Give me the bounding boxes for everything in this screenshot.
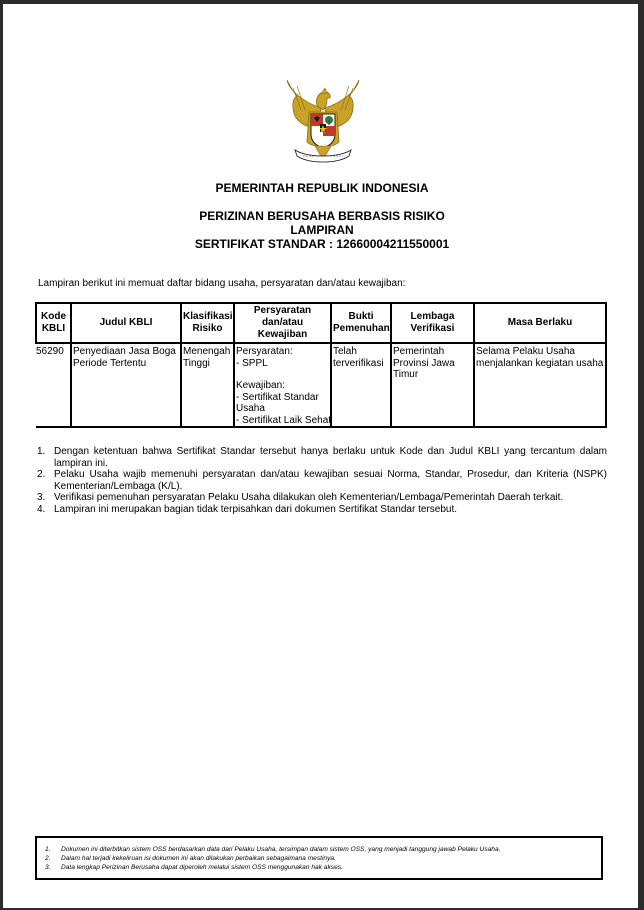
cell-kode: 56290 [36,343,71,427]
note-item: 1.Dengan ketentuan bahwa Sertifikat Stan… [37,446,607,469]
notes-list: 1.Dengan ketentuan bahwa Sertifikat Stan… [37,446,607,515]
persyaratan-item: - SPPL [236,358,329,370]
kewajiban-item: - Sertifikat Laik Sehat [236,415,329,427]
intro-text: Lampiran berikut ini memuat daftar bidan… [38,278,405,289]
kewajiban-item: - Sertifikat Standar Usaha [236,392,329,415]
footer-item: 2.Dalam hal terjadi kekeliruan isi dokum… [45,854,601,863]
footer-item: 1.Dokumen ini diterbitkan sistem OSS ber… [45,845,601,854]
cell-bukti: Telah terverifikasi [331,343,391,427]
kbli-table: Kode KBLI Judul KBLI Klasifikasi Risiko … [35,302,607,428]
cell-masa: Selama Pelaku Usaha menjalankan kegiatan… [474,343,606,427]
header-klasifikasi-risiko: Klasifikasi Risiko [181,303,234,343]
title-line-1: PERIZINAN BERUSAHA BERBASIS RISIKO [0,209,644,223]
footer-item: 3.Data lengkap Perizinan Berusaha dapat … [45,863,601,872]
cell-judul: Penyediaan Jasa Boga Periode Tertentu [71,343,181,427]
garuda-emblem-icon [283,80,363,168]
note-item: 3.Verifikasi pemenuhan persyaratan Pelak… [37,492,607,504]
cell-persyaratan: Persyaratan: - SPPL Kewajiban: - Sertifi… [234,343,331,427]
note-item: 4.Lampiran ini merupakan bagian tidak te… [37,504,607,516]
header-judul-kbli: Judul KBLI [71,303,181,343]
table-header-row: Kode KBLI Judul KBLI Klasifikasi Risiko … [36,303,606,343]
title-line-2: LAMPIRAN [0,223,644,237]
kewajiban-label: Kewajiban: [236,380,329,392]
header-persyaratan: Persyaratan dan/atau Kewajiban [234,303,331,343]
document-title: PERIZINAN BERUSAHA BERBASIS RISIKO LAMPI… [0,209,644,251]
cell-klasifikasi: Menengah Tinggi [181,343,234,427]
certificate-number: SERTIFIKAT STANDAR : 12660004211550001 [0,237,644,251]
header-bukti-pemenuhan: Bukti Pemenuhan [331,303,391,343]
footer-disclaimer-box: 1.Dokumen ini diterbitkan sistem OSS ber… [35,836,603,880]
persyaratan-label: Persyaratan: [236,346,329,358]
header-lembaga-verifikasi: Lembaga Verifikasi [391,303,474,343]
government-heading: PEMERINTAH REPUBLIK INDONESIA [0,181,644,195]
header-kode-kbli: Kode KBLI [36,303,71,343]
cell-lembaga: Pemerintah Provinsi Jawa Timur [391,343,474,427]
table-row: 56290 Penyediaan Jasa Boga Periode Terte… [36,343,606,427]
note-item: 2.Pelaku Usaha wajib memenuhi persyarata… [37,469,607,492]
header-masa-berlaku: Masa Berlaku [474,303,606,343]
